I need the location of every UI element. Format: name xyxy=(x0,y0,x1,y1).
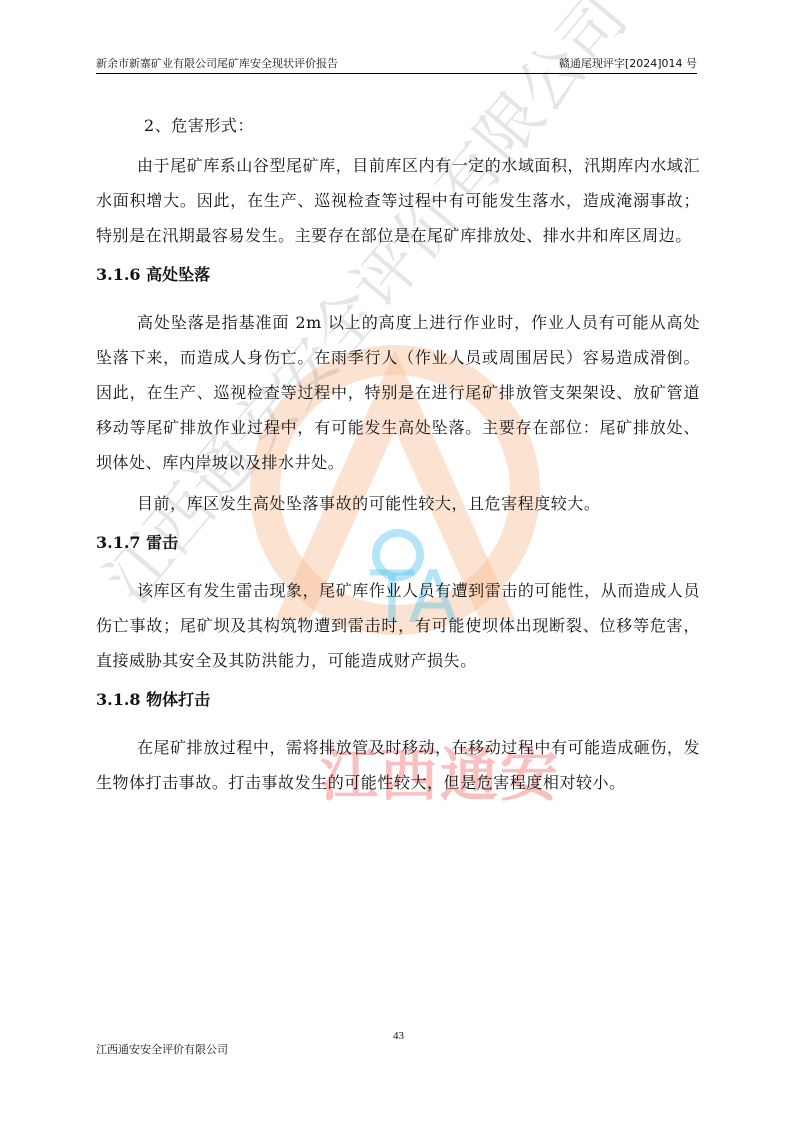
page-number: 43 xyxy=(393,1030,404,1042)
paragraph: 该库区有发生雷击现象，尾矿库作业人员有遭到雷击的可能性，从而造成人员伤亡事故；尾… xyxy=(96,573,700,678)
section-heading: 3.1.8 物体打击 xyxy=(96,690,700,710)
section-heading: 3.1.6 高处坠落 xyxy=(96,265,700,285)
page-header: 新余市新寨矿业有限公司尾矿库安全现状评价报告 赣通尾现评字[2024]014 号 xyxy=(96,57,697,74)
paragraph: 目前，库区发生高处坠落事故的可能性较大，且危害程度较大。 xyxy=(96,486,700,521)
page-body: 2、危害形式： 由于尾矿库系山谷型尾矿库，目前库区内有一定的水域面积，汛期库内水… xyxy=(96,108,700,800)
report-title: 新余市新寨矿业有限公司尾矿库安全现状评价报告 xyxy=(96,57,338,71)
paragraph: 由于尾矿库系山谷型尾矿库，目前库区内有一定的水域面积，汛期库内水域汇水面积增大。… xyxy=(96,148,700,253)
paragraph: 在尾矿排放过程中，需将排放管及时移动，在移动过程中有可能造成砸伤，发生物体打击事… xyxy=(96,730,700,800)
paragraph: 高处坠落是指基准面 2m 以上的高度上进行作业时，作业人员有可能从高处坠落下来，… xyxy=(96,305,700,480)
item-label: 2、危害形式： xyxy=(96,108,700,143)
section-heading: 3.1.7 雷击 xyxy=(96,533,700,553)
footer-company: 江西通安安全评价有限公司 xyxy=(96,1041,228,1057)
document-number: 赣通尾现评字[2024]014 号 xyxy=(559,57,697,71)
